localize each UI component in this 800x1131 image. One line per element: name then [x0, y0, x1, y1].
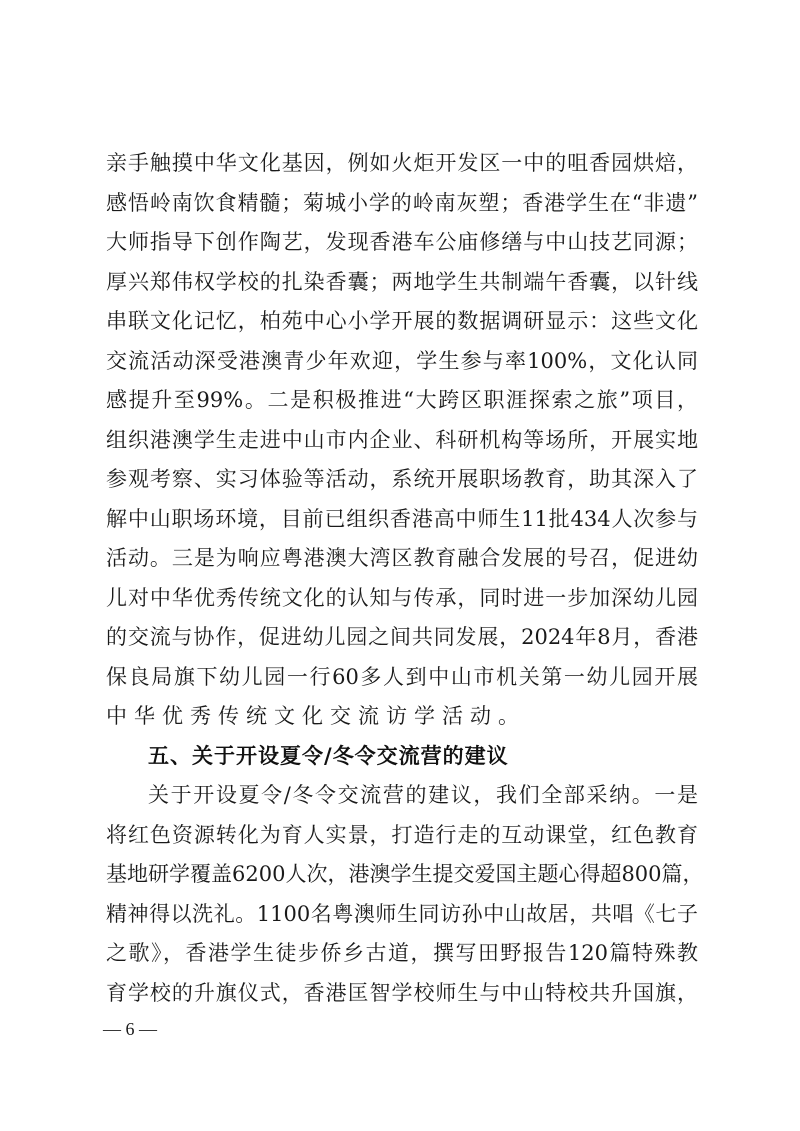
paragraph-line: 将红色资源转化为育人实景，打造行走的互动课堂，红色教育 — [106, 816, 698, 856]
paragraph-line: 之歌》，香港学生徒步侨乡古道，撰写田野报告120篇特殊教 — [106, 934, 698, 974]
paragraph-line: 厚兴郑伟权学校的扎染香囊；两地学生共制端午香囊，以针线 — [106, 263, 698, 303]
paragraph-line: 精神得以洗礼。1100名粤澳师生同访孙中山故居，共唱《七子 — [106, 895, 698, 935]
body-text: 亲手触摸中华文化基因，例如火炬开发区一中的咀香园烘焙， 感悟岭南饮食精髓；菊城小… — [106, 144, 698, 1013]
paragraph-line: 育学校的升旗仪式，香港匡智学校师生与中山特校共升国旗， — [106, 974, 698, 1014]
section-heading: 五、关于开设夏令/冬令交流营的建议 — [106, 737, 698, 777]
paragraph-line: 关于开设夏令/冬令交流营的建议，我们全部采纳。一是 — [106, 776, 698, 816]
paragraph-line: 活动。三是为响应粤港澳大湾区教育融合发展的号召，促进幼 — [106, 539, 698, 579]
page-number: — 6 — — [103, 1016, 157, 1042]
paragraph-line: 感悟岭南饮食精髓；菊城小学的岭南灰塑；香港学生在“非遗” — [106, 184, 698, 224]
paragraph-line: 参观考察、实习体验等活动，系统开展职场教育，助其深入了 — [106, 460, 698, 500]
paragraph-line: 中华优秀传统文化交流访学活动。 — [106, 697, 698, 737]
paragraph-line: 交流活动深受港澳青少年欢迎，学生参与率100%，文化认同 — [106, 342, 698, 382]
paragraph-line: 基地研学覆盖6200人次，港澳学生提交爱国主题心得超800篇， — [106, 855, 698, 895]
paragraph-line: 保良局旗下幼儿园一行60多人到中山市机关第一幼儿园开展 — [106, 658, 698, 698]
paragraph-line: 儿对中华优秀传统文化的认知与传承，同时进一步加深幼儿园 — [106, 579, 698, 619]
paragraph-line: 串联文化记忆，柏苑中心小学开展的数据调研显示：这些文化 — [106, 302, 698, 342]
paragraph-line: 组织港澳学生走进中山市内企业、科研机构等场所，开展实地 — [106, 421, 698, 461]
document-page: 亲手触摸中华文化基因，例如火炬开发区一中的咀香园烘焙， 感悟岭南饮食精髓；菊城小… — [0, 0, 800, 1131]
paragraph-line: 感提升至99%。二是积极推进“大跨区职涯探索之旅”项目， — [106, 381, 698, 421]
paragraph-line: 大师指导下创作陶艺，发现香港车公庙修缮与中山技艺同源； — [106, 223, 698, 263]
paragraph-line: 的交流与协作，促进幼儿园之间共同发展，2024年8月，香港 — [106, 618, 698, 658]
paragraph-line: 解中山职场环境，目前已组织香港高中师生11批434人次参与 — [106, 500, 698, 540]
paragraph-line: 亲手触摸中华文化基因，例如火炬开发区一中的咀香园烘焙， — [106, 144, 698, 184]
